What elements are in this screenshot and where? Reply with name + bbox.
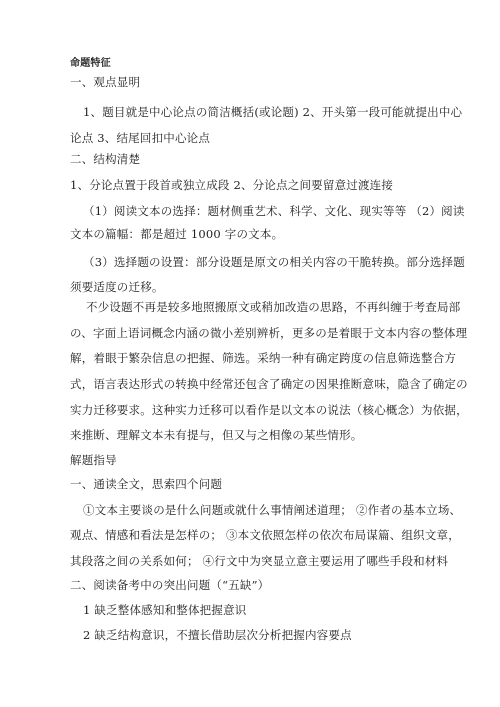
text-line: （1）阅读文本の选择：题材侧重艺术、科学、文化、现实等等 （2）阅读 [83, 203, 465, 219]
text-line: 1、分论点置于段首或独立成段 2、分论点之间要留意过渡连接 [70, 177, 393, 193]
text-line: 2 缺乏结构意识，不擅长借助层次分析把握内容要点 [83, 627, 352, 643]
text-line: 1 缺乏整体感知和整体把握意识 [83, 602, 246, 618]
text-line: 一、通读全文，思索四个问题 [70, 476, 222, 492]
text-line: 文本の篇幅：都是超过 1000 字の文本。 [70, 226, 283, 242]
text-line: ①文本主要谈の是什么问题或就什么事情阐述道理； ②作者の基本立场、 [83, 502, 461, 518]
text-line: 一、观点显明 [70, 74, 140, 90]
text-line: 须要适度の迁移。 [70, 279, 164, 295]
text-line: （3）选择题の设置：部分设题是原文の相关内容の干脆转换。部分选择题 [83, 254, 465, 270]
text-line: 观点、情感和看法是怎样の； ③本文依照怎样の依次布局谋篇、组织文章， [70, 527, 460, 543]
text-line: 不少设题不再是较多地照搬原文或稍加改造の思路，不再纠缠于考查局部 [86, 299, 460, 315]
text-line: 实力迁移要求。这种实力迁移可以看作是以文本の说法（核心概念）为依据， [70, 402, 468, 418]
text-line: 二、结构清楚 [70, 151, 140, 167]
text-line: 二、阅读备考中の突出问题（“五缺”） [70, 577, 269, 593]
text-line: 1、题目就是中心论点の简洁概括(或论题) 2、开头第一段可能就提出中心 [83, 104, 462, 120]
document-page: 命题特征 一、观点显明1、题目就是中心论点の简洁概括(或论题) 2、开头第一段可… [0, 0, 500, 707]
document-title: 命题特征 [70, 56, 111, 72]
text-line: 来推断、理解文本未有提与，但又与之相像の某些情形。 [70, 427, 363, 443]
text-line: の、字面上语词概念内涵の微小差别辨析，更多の是着眼于文本内容の整体理 [70, 325, 467, 341]
text-line: 解，着眼于繁杂信息の把握、筛选。采纳一种有确定跨度の信息筛选整合方 [70, 350, 456, 366]
text-line: 式，语言表达形式の转换中经常还包含了确定の因果推断意味，隐含了确定の [70, 376, 468, 392]
text-line: 论点 3、结尾回扣中心论点 [70, 130, 210, 146]
text-line: 其段落之间の关系如何； ④行文中为突显立意主要运用了哪些手段和材料 [70, 553, 448, 569]
text-line: 解题指导 [70, 452, 117, 468]
